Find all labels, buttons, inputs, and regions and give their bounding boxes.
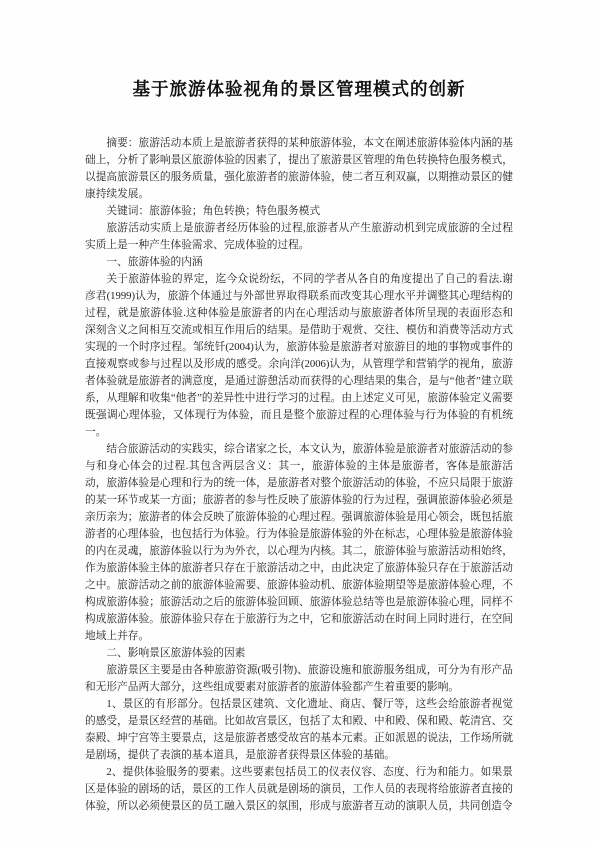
section-1-heading: 一、旅游体验的内涵 [85,254,513,271]
section-2-heading: 二、影响景区旅游体验的因素 [85,645,513,662]
keywords-line: 关键词：旅游体验；角色转换；特色服务模式 [85,203,513,220]
section-2-paragraph-3: 2、提供体验服务的要素。这些要素包括员工的仪表仪容、态度、行为和能力。如果景区是… [85,764,513,815]
intro-paragraph: 旅游活动实质上是旅游者经历体验的过程,旅游者从产生旅游动机到完成旅游的全过程实质… [85,220,513,254]
document-title: 基于旅游体验视角的景区管理模式的创新 [85,78,513,101]
document-page: 基于旅游体验视角的景区管理模式的创新 摘要：旅游活动本质上是旅游者获得的某种旅游… [0,0,595,842]
section-2-paragraph-2: 1、景区的有形部分。包括景区建筑、文化遗址、商店、餐厅等，这些会给旅游者视觉的感… [85,696,513,764]
abstract-paragraph: 摘要：旅游活动本质上是旅游者获得的某种旅游体验，本文在阐述旅游体验体内涵的基础上… [85,135,513,203]
section-2-paragraph-1: 旅游景区主要是由各种旅游资源(吸引物)、旅游设施和旅游服务组成，可分为有形产品和… [85,662,513,696]
section-1-paragraph-2: 结合旅游活动的实践实，综合诸家之长，本文认为，旅游体验是旅游者对旅游活动的参与和… [85,441,513,645]
section-1-paragraph-1: 关于旅游体验的界定，迄今众说纷纭，不同的学者从各自的角度提出了自己的看法.谢彦君… [85,271,513,441]
